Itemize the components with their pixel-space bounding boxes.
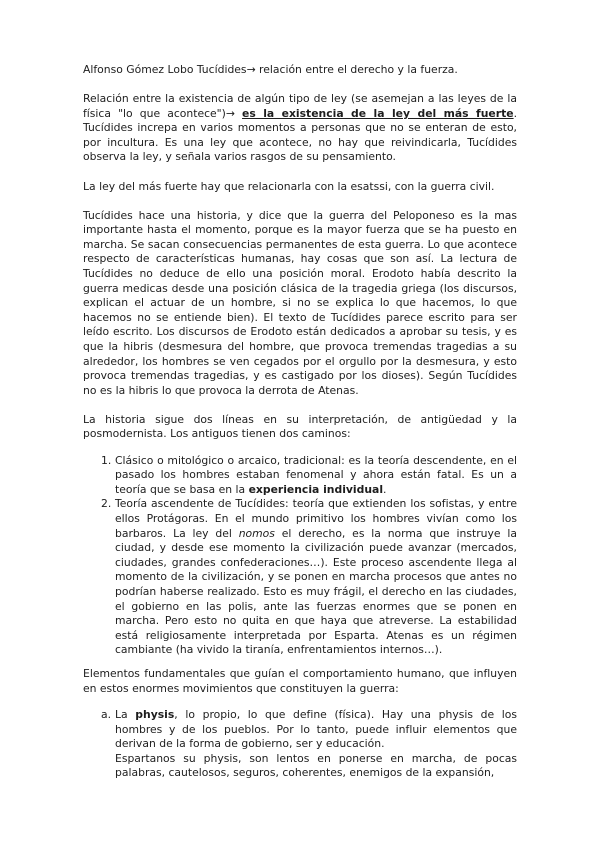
paragraph: Tucídides hace una historia, y dice que … xyxy=(83,209,517,399)
list-item-paragraph: Clásico o mitológico o arcaico, tradicio… xyxy=(115,454,517,498)
list-item-paragraph: La physis, lo propio, lo que define (fís… xyxy=(115,708,517,752)
text-run: el derecho, es la norma que instruye la … xyxy=(115,527,517,657)
list-item-paragraph: Teoría ascendente de Tucídides: teoría q… xyxy=(115,497,517,658)
list-marker: 2. xyxy=(101,497,111,512)
text-run: Tucídides hace una historia, y dice que … xyxy=(83,209,517,397)
list-marker: 1. xyxy=(101,454,111,469)
paragraph: La ley del más fuerte hay que relacionar… xyxy=(83,180,517,195)
text-run: La xyxy=(115,708,135,721)
text-run xyxy=(235,107,242,120)
text-run: La ley del más fuerte hay que relacionar… xyxy=(83,180,494,193)
paragraph: Alfonso Gómez Lobo Tucídides→ relación e… xyxy=(83,63,517,78)
text-run: La historia sigue dos líneas en su inter… xyxy=(83,413,517,441)
document-page: Alfonso Gómez Lobo Tucídides→ relación e… xyxy=(0,0,599,848)
text-run: relación entre el derecho y la fuerza. xyxy=(256,63,458,76)
text-run: . xyxy=(383,483,386,496)
list-item-paragraph: Espartanos su physis, son lentos en pone… xyxy=(115,752,517,781)
list-marker: a. xyxy=(101,708,111,723)
list-item: 2.Teoría ascendente de Tucídides: teoría… xyxy=(83,497,517,658)
paragraph: Relación entre la existencia de algún ti… xyxy=(83,92,517,165)
ordered-list: a.La physis, lo propio, lo que define (f… xyxy=(83,708,517,781)
text-run: experiencia individual xyxy=(249,483,383,496)
text-run: es la existencia de la ley del más fuert… xyxy=(242,107,514,120)
document-content: Alfonso Gómez Lobo Tucídides→ relación e… xyxy=(83,63,517,781)
text-run: Espartanos su physis, son lentos en pone… xyxy=(115,752,517,780)
text-run: nomos xyxy=(239,527,275,540)
arrow-right-icon: → xyxy=(247,63,256,76)
ordered-list: 1.Clásico o mitológico o arcaico, tradic… xyxy=(83,454,517,658)
arrow-right-icon: → xyxy=(226,107,235,120)
paragraph: La historia sigue dos líneas en su inter… xyxy=(83,413,517,442)
text-run: Alfonso Gómez Lobo Tucídides xyxy=(83,63,247,76)
text-run: Elementos fundamentales que guían el com… xyxy=(83,667,517,695)
list-item: 1.Clásico o mitológico o arcaico, tradic… xyxy=(83,454,517,498)
list-item: a.La physis, lo propio, lo que define (f… xyxy=(83,708,517,781)
paragraph: Elementos fundamentales que guían el com… xyxy=(83,667,517,696)
text-run: physis xyxy=(135,708,174,721)
text-run: , lo propio, lo que define (física). Hay… xyxy=(115,708,517,750)
